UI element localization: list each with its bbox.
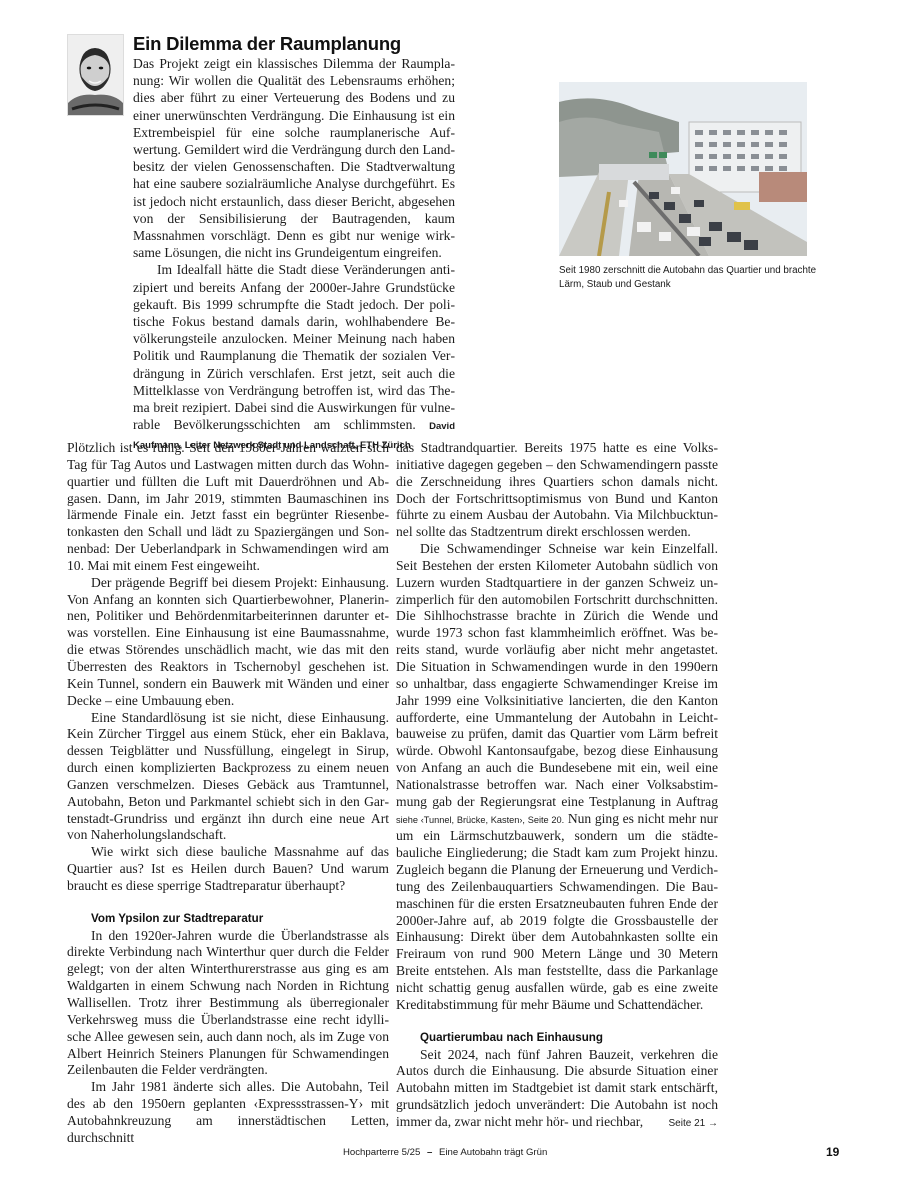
article-column-left: Plötzlich ist es ruhig. Seit den 1980er-… bbox=[67, 440, 389, 1147]
section-heading: Quartierumbau nach Einhausung bbox=[396, 1030, 718, 1047]
opinion-paragraph: Im Idealfall hätte die Stadt diese Verän… bbox=[133, 261, 455, 454]
opinion-title: Ein Dilemma der Raumplanung bbox=[133, 33, 463, 55]
article-paragraph-text: Nun ging es nicht mehr nur um ein Lärmsc… bbox=[396, 811, 718, 1012]
opinion-body: Das Projekt zeigt ein klassisches Dilemm… bbox=[133, 55, 455, 455]
article-paragraph: Im Jahr 1981 änderte sich alles. Die Aut… bbox=[67, 1079, 389, 1146]
article-paragraph: In den 1920er-Jahren wurde die Überlands… bbox=[67, 928, 389, 1080]
article-paragraph: Plötzlich ist es ruhig. Seit den 1980er-… bbox=[67, 440, 389, 575]
article-paragraph-text: Die Schwamendinger Schneise war kein Ein… bbox=[396, 541, 718, 809]
article-paragraph: Wie wirkt sich diese bauliche Massnahme … bbox=[67, 844, 389, 895]
cross-reference-link[interactable]: siehe ‹Tunnel, Brücke, Kasten›, Seite 20… bbox=[396, 815, 564, 825]
page-footer: Hochparterre 5/25 – Eine Autobahn trägt … bbox=[343, 1147, 547, 1158]
article-paragraph: Die Schwamendinger Schneise war kein Ein… bbox=[396, 541, 718, 1014]
author-portrait bbox=[67, 34, 124, 116]
article-paragraph: Der prägende Begriff bei diesem Projekt:… bbox=[67, 575, 389, 710]
article-title: Eine Autobahn trägt Grün bbox=[439, 1147, 547, 1158]
magazine-issue: Hochparterre 5/25 bbox=[343, 1147, 420, 1158]
footer-separator: – bbox=[427, 1147, 432, 1158]
highway-photo bbox=[559, 82, 807, 256]
opinion-paragraph: Das Projekt zeigt ein klassisches Dilemm… bbox=[133, 55, 455, 261]
portrait-image-icon bbox=[68, 35, 123, 115]
section-heading: Vom Ypsilon zur Stadtreparatur bbox=[67, 911, 389, 928]
highway-photo-image-icon bbox=[559, 82, 807, 256]
article-paragraph: das Stadtrandquartier. Bereits 1975 hatt… bbox=[396, 440, 718, 541]
continue-link[interactable]: Seite 21 → bbox=[645, 1116, 718, 1133]
page-number: 19 bbox=[826, 1145, 839, 1159]
article-paragraph: Eine Standardlösung ist sie nicht, diese… bbox=[67, 710, 389, 845]
opinion-paragraph-text: Im Idealfall hätte die Stadt diese Verän… bbox=[133, 262, 455, 432]
photo-caption: Seit 1980 zerschnitt die Autobahn das Qu… bbox=[559, 264, 819, 292]
article-column-right: das Stadtrandquartier. Bereits 1975 hatt… bbox=[396, 440, 718, 1133]
article-paragraph: Seit 2024, nach fünf Jahren Bauzeit, ver… bbox=[396, 1047, 718, 1131]
